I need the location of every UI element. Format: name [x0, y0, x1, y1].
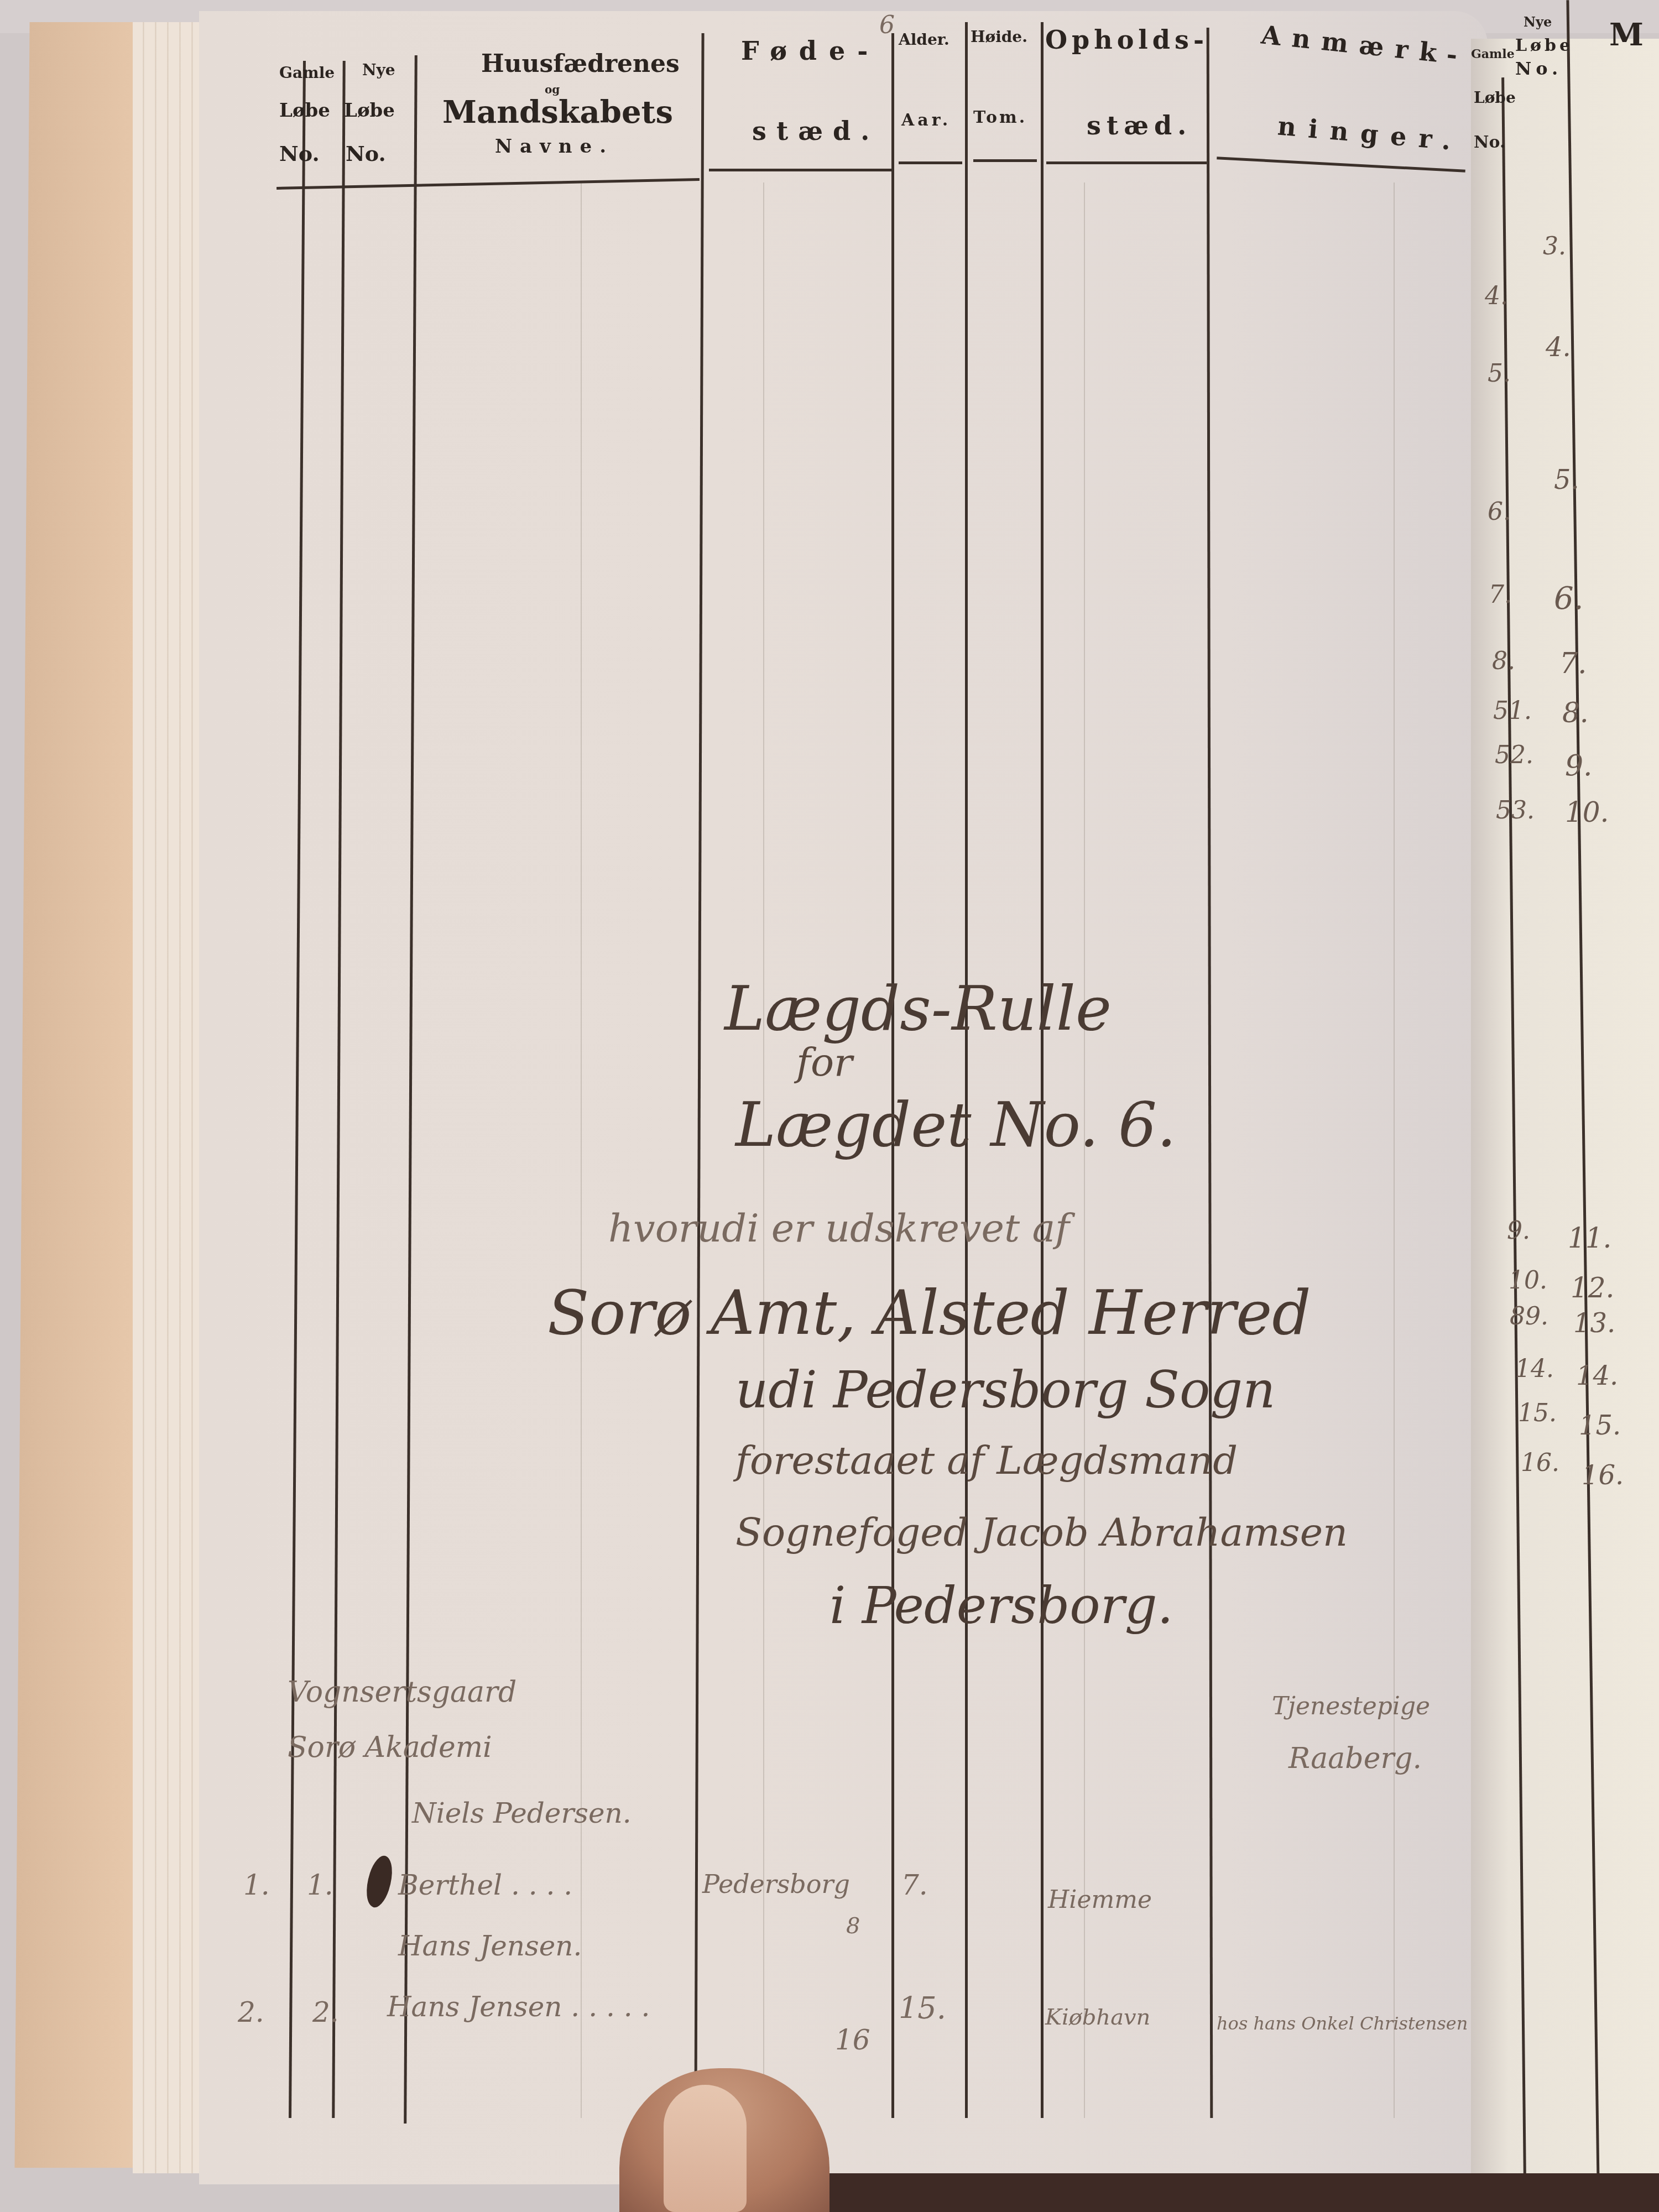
facing-nye-no: 12. [1571, 1272, 1615, 1304]
header-nye-line3: No. [346, 141, 386, 166]
anmaerkning-line1: Tjenestepige [1272, 1692, 1430, 1720]
header-navne-line3: Mandskabets [442, 94, 673, 131]
header-navne-line1: Huusfædrenes [481, 50, 680, 78]
thumbnail [664, 2085, 747, 2212]
facing-header-next: M [1609, 17, 1644, 53]
facing-header-nye-2: Løbe [1515, 36, 1573, 55]
header-opholdssted-line2: stæd. [1087, 111, 1192, 140]
header-nye-line1: Nye [362, 61, 395, 79]
title-line-lagdsmand: forestaaet af Lægdsmand [735, 1438, 1238, 1483]
header-hoide-line2: Tom. [973, 108, 1027, 127]
faint-rule [1394, 182, 1395, 2118]
nye-no: 2. [312, 1996, 339, 2028]
facing-header-nye-1: Nye [1524, 14, 1552, 30]
nye-no: 1. [307, 1869, 333, 1901]
title-line-drawn-from: hvorudi er udskrevet af [608, 1206, 1070, 1251]
header-rule [899, 161, 962, 164]
father-name: Hans Jensen. [398, 1930, 582, 1962]
estate-line1: Vognsertsgaard [288, 1676, 517, 1709]
header-navne-line4: Navne. [495, 135, 614, 158]
header-gamle-line1: Gamle [279, 64, 335, 82]
parish: udi Pedersborg Sogn [735, 1360, 1276, 1420]
header-rule [1046, 161, 1207, 164]
column-rule [891, 33, 894, 2118]
facing-nye-no: 5. [1554, 465, 1579, 495]
gamle-no: 2. [238, 1996, 264, 2028]
anmaerkning-line2: Raaberg. [1288, 1742, 1422, 1775]
facing-gamle-no: 15. [1518, 1399, 1557, 1427]
facing-nye-no: 14. [1576, 1360, 1618, 1391]
facing-nye-no: 8. [1562, 697, 1589, 729]
roll-title-for: for [796, 1040, 853, 1085]
alder: 7. [901, 1869, 928, 1901]
anmaerkning: hos hans Onkel Christensen [1217, 2013, 1468, 2034]
header-gamle-line3: No. [279, 141, 320, 166]
facing-gamle-no: 7. [1489, 581, 1512, 609]
facing-gamle-no: 14. [1515, 1355, 1554, 1383]
facing-gamle-no: 52. [1495, 741, 1533, 769]
header-rule [709, 169, 891, 171]
facing-gamle-no: 9. [1507, 1217, 1530, 1245]
header-gamle-line2: Løbe [279, 100, 330, 122]
facing-nye-no: 13. [1573, 1308, 1615, 1339]
opholdssted: Hiemme [1048, 1886, 1152, 1914]
fodested: Pedersborg [702, 1869, 850, 1899]
header-fodested-line1: Føde- [741, 36, 880, 66]
column-rule [1041, 22, 1044, 2118]
entry-name: Berthel . . . . [398, 1869, 572, 1901]
header-hoide-line1: Høide. [971, 28, 1027, 46]
header-fodested-line2: stæd. [752, 116, 879, 146]
facing-gamle-no: 4. [1485, 282, 1508, 310]
facing-header-gamle-3: No. [1474, 133, 1505, 152]
facing-gamle-no: 10. [1509, 1266, 1547, 1295]
facing-nye-no: 3. [1543, 232, 1566, 260]
facing-gamle-no: 6. [1488, 498, 1511, 526]
facing-header-gamle-2: Løbe [1474, 88, 1516, 107]
birth-year-note: 8 [846, 1913, 860, 1939]
facing-nye-no: 16. [1582, 1460, 1624, 1491]
facing-nye-no: 15. [1579, 1410, 1621, 1441]
facing-header-nye-3: No. [1515, 58, 1562, 79]
facing-header-gamle-1: Gamle [1471, 47, 1515, 61]
alder: 15. [899, 1991, 946, 2026]
father-name: Niels Pedersen. [412, 1797, 632, 1829]
header-alder-line2: Aar. [901, 111, 951, 130]
header-alder-line1: Alder. [899, 30, 950, 49]
amt-herred: Sorø Amt, Alsted Herred [547, 1277, 1311, 1348]
birth-year-note: 16 [835, 2024, 870, 2056]
header-nye-line2: Løbe [344, 100, 395, 122]
facing-gamle-no: 5. [1488, 359, 1511, 388]
facing-gamle-no: 16. [1521, 1449, 1559, 1477]
roll-title: Lægds-Rulle [724, 973, 1112, 1044]
facing-nye-no: 10. [1565, 796, 1609, 828]
page-number-mark: 6 [879, 11, 895, 39]
facing-gamle-no: 89. [1510, 1302, 1548, 1331]
opholdssted: Kiøbhavn [1045, 2005, 1150, 2030]
estate-line2: Sorø Akademi [288, 1731, 492, 1764]
facing-nye-no: 7. [1559, 647, 1587, 680]
facing-nye-no: 9. [1565, 749, 1593, 782]
background-dark [830, 2173, 1659, 2212]
lagdsmand-residence: i Pedersborg. [830, 1576, 1173, 1635]
column-rule [965, 22, 968, 2118]
facing-nye-no: 11. [1568, 1222, 1612, 1254]
facing-gamle-no: 51. [1493, 697, 1532, 725]
facing-nye-no: 6. [1554, 581, 1583, 617]
lagd-number: Lægdet No. 6. [735, 1089, 1176, 1160]
lagdsmand-name: Sognefoged Jacob Abrahamsen [735, 1510, 1348, 1555]
entry-name: Hans Jensen . . . . . [387, 1991, 650, 2023]
gamle-no: 1. [243, 1869, 270, 1901]
header-rule [973, 159, 1037, 162]
facing-gamle-no: 53. [1496, 796, 1535, 825]
header-opholdssted-line1: Opholds- [1045, 25, 1208, 55]
facing-nye-no: 4. [1546, 332, 1571, 363]
facing-gamle-no: 8. [1492, 647, 1515, 675]
